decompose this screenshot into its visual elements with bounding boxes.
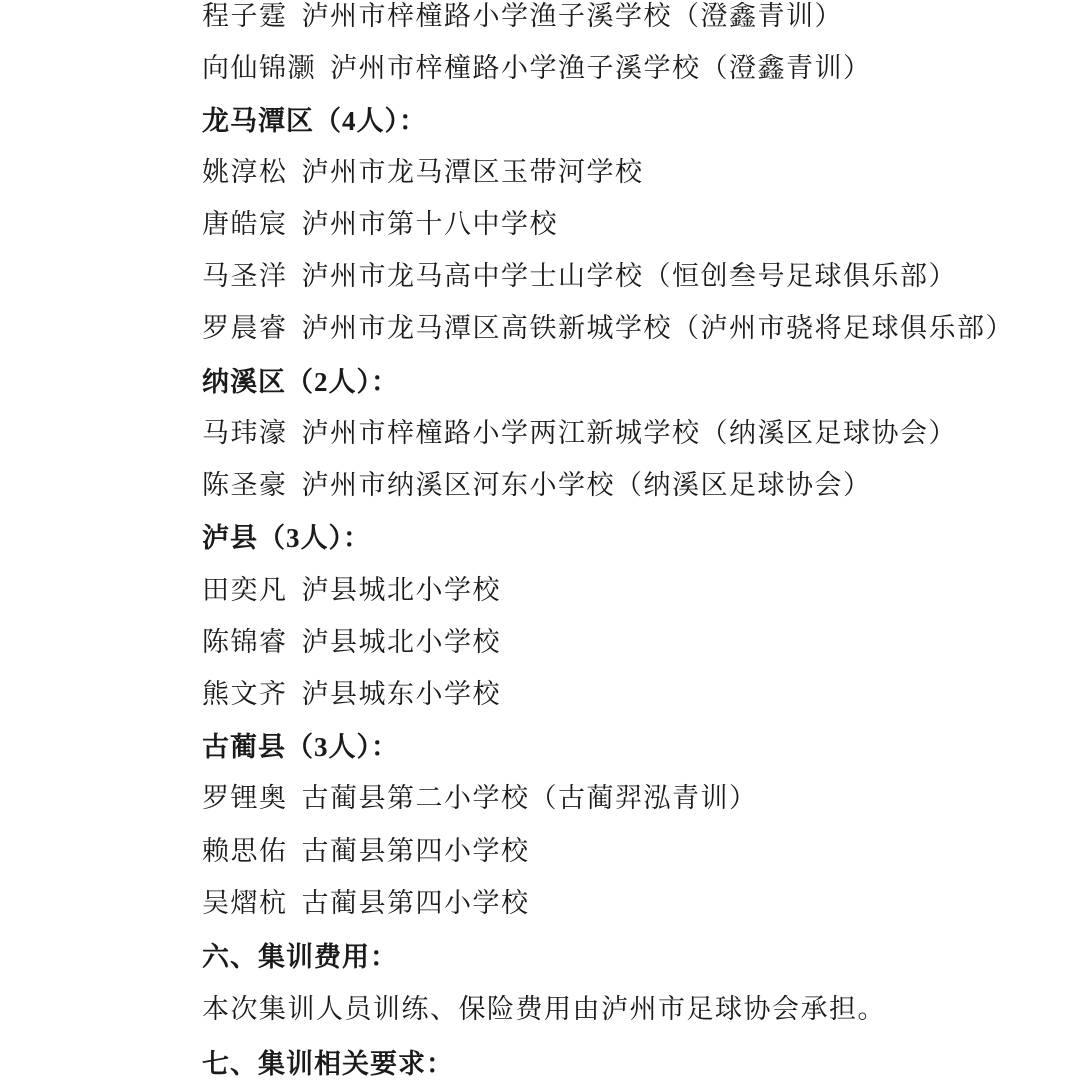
section-title-requirements: 七、集训相关要求： xyxy=(202,1045,454,1085)
list-item: 向仙锦灏泸州市梓橦路小学渔子溪学校（澄鑫青训） xyxy=(202,49,872,89)
player-school: 古蔺县第四小学校 xyxy=(302,888,530,919)
district-count: （3人）： xyxy=(286,732,399,762)
player-school: 泸州市龙马潭区高铁新城学校（泸州市骁将足球俱乐部） xyxy=(302,313,1015,344)
list-item: 马圣洋泸州市龙马高中学士山学校（恒创叁号足球俱乐部） xyxy=(202,257,957,297)
district-name: 纳溪区 xyxy=(202,367,286,398)
player-school: 泸州市纳溪区河东小学校（纳溪区足球协会） xyxy=(302,470,872,501)
district-heading-luxian: 泸县（3人）： xyxy=(202,518,371,558)
document-page: 程子霆泸州市梓橦路小学渔子溪学校（澄鑫青训） 向仙锦灏泸州市梓橦路小学渔子溪学校… xyxy=(0,0,1080,1087)
player-name: 陈锦睿 xyxy=(202,623,288,663)
player-school: 泸州市梓橦路小学渔子溪学校（澄鑫青训） xyxy=(302,1,844,32)
list-item: 陈圣豪泸州市纳溪区河东小学校（纳溪区足球协会） xyxy=(202,466,872,506)
district-count: （2人）： xyxy=(286,367,399,397)
player-name: 马玮濠 xyxy=(202,414,288,454)
player-school: 泸县城东小学校 xyxy=(302,679,502,710)
player-name: 罗晨睿 xyxy=(202,309,288,349)
player-school: 古蔺县第二小学校（古蔺羿泓青训） xyxy=(302,783,758,814)
player-name: 陈圣豪 xyxy=(202,466,288,506)
section-body-fees: 本次集训人员训练、保险费用由泸州市足球协会承担。 xyxy=(202,990,886,1030)
district-count: （3人）： xyxy=(258,523,371,553)
player-school: 泸州市梓橦路小学两江新城学校（纳溪区足球协会） xyxy=(302,418,958,449)
district-count: （4人）： xyxy=(314,106,427,136)
player-school: 古蔺县第四小学校 xyxy=(302,836,530,867)
player-school: 泸州市第十八中学校 xyxy=(302,209,559,240)
list-item: 吴熠杭古蔺县第四小学校 xyxy=(202,884,530,924)
list-item: 田奕凡泸县城北小学校 xyxy=(202,571,501,611)
player-name: 熊文齐 xyxy=(202,675,288,715)
player-name: 姚淳松 xyxy=(202,153,288,193)
section-title-fees: 六、集训费用： xyxy=(202,938,398,978)
player-school: 泸县城北小学校 xyxy=(302,575,502,606)
list-item: 唐皓宸泸州市第十八中学校 xyxy=(202,205,558,245)
list-item: 罗晨睿泸州市龙马潭区高铁新城学校（泸州市骁将足球俱乐部） xyxy=(202,309,1014,349)
player-school: 泸县城北小学校 xyxy=(302,627,502,658)
player-school: 泸州市梓橦路小学渔子溪学校（澄鑫青训） xyxy=(330,53,872,84)
player-school: 泸州市龙马潭区玉带河学校 xyxy=(302,157,644,188)
district-heading-longmatan: 龙马潭区（4人）： xyxy=(202,101,427,141)
district-name: 古蔺县 xyxy=(202,732,286,763)
district-name: 龙马潭区 xyxy=(202,106,314,137)
district-heading-gulin: 古蔺县（3人）： xyxy=(202,727,399,767)
list-item: 陈锦睿泸县城北小学校 xyxy=(202,623,501,663)
list-item: 熊文齐泸县城东小学校 xyxy=(202,675,501,715)
list-item: 马玮濠泸州市梓橦路小学两江新城学校（纳溪区足球协会） xyxy=(202,414,957,454)
player-name: 唐皓宸 xyxy=(202,205,288,245)
district-name: 泸县 xyxy=(202,523,258,554)
player-name: 马圣洋 xyxy=(202,257,288,297)
player-name: 罗锂奥 xyxy=(202,779,288,819)
list-item: 程子霆泸州市梓橦路小学渔子溪学校（澄鑫青训） xyxy=(202,0,843,37)
player-name: 赖思佑 xyxy=(202,832,288,872)
district-heading-naxi: 纳溪区（2人）： xyxy=(202,362,399,402)
player-name: 田奕凡 xyxy=(202,571,288,611)
list-item: 赖思佑古蔺县第四小学校 xyxy=(202,832,530,872)
player-name: 程子霆 xyxy=(202,0,288,37)
player-name: 吴熠杭 xyxy=(202,884,288,924)
list-item: 罗锂奥古蔺县第二小学校（古蔺羿泓青训） xyxy=(202,779,758,819)
player-name: 向仙锦灏 xyxy=(202,49,316,89)
player-school: 泸州市龙马高中学士山学校（恒创叁号足球俱乐部） xyxy=(302,261,958,292)
list-item: 姚淳松泸州市龙马潭区玉带河学校 xyxy=(202,153,644,193)
